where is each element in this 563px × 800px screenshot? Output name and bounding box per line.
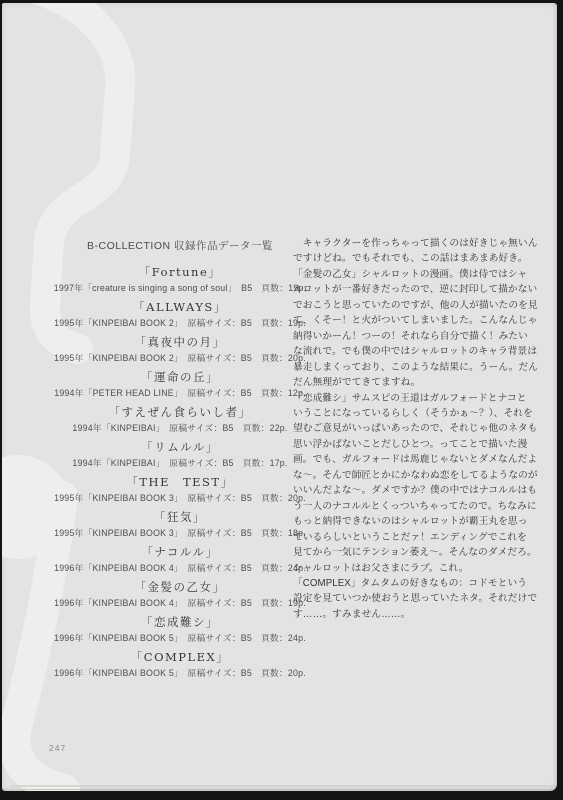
- works-list: 「Fortune」 1997年「creature is singing a so…: [52, 265, 308, 685]
- work-title: 「運命の丘」: [52, 370, 308, 384]
- work-entry: 「狂気」 1995年「KINPEIBAI BOOK 3」 原稿サイズ：B5 頁数…: [52, 510, 308, 545]
- essay-line: ルロットが一番好きだったので、逆に封印して描かない: [293, 282, 533, 297]
- essay-line: う一人のナコルルとくっついちゃってたので。ちなみに: [293, 499, 533, 514]
- essay-line: 画。でも、ガルフォードは馬鹿じゃないとダメなんだよ: [293, 452, 533, 467]
- work-publication-data: 1995年「KINPEIBAI BOOK 2」 原稿サイズ：B5 頁数：19p.: [52, 318, 308, 328]
- essay-line: 「金髪の乙女」シャルロットの漫画。僕は侍ではシャ: [293, 267, 533, 282]
- works-list-column: B-COLLECTION 収録作品データ一覧 「Fortune」 1997年「c…: [52, 240, 308, 685]
- essay-line: ですけどね。でもそれでも、この話はまあまあ好き。: [293, 251, 533, 266]
- essay-line: て、くそー！と火がついてしまいました。こんなんじゃ: [293, 313, 533, 328]
- book-page: B-COLLECTION 収録作品データ一覧 「Fortune」 1997年「c…: [2, 3, 557, 791]
- essay-line: でおこうと思っていたのですが、他の人が描いたのを見: [293, 298, 533, 313]
- work-title: 「金髪の乙女」: [52, 580, 308, 594]
- work-entry: 「Fortune」 1997年「creature is singing a so…: [52, 265, 308, 300]
- work-title: 「すえぜん食らいし者」: [52, 405, 308, 419]
- work-entry: 「THE TEST」 1995年「KINPEIBAI BOOK 3」 原稿サイズ…: [52, 475, 308, 510]
- essay-line: な～。そんで師匠とかにかなわぬ恋をしてるようなのが: [293, 468, 533, 483]
- work-publication-data: 1994年「PETER HEAD LINE」 原稿サイズ：B5 頁数：12p.: [52, 388, 308, 398]
- work-entry: 「すえぜん食らいし者」 1994年「KINPEIBAI」 原稿サイズ：B5 頁数…: [52, 405, 308, 440]
- essay-line: だん無理がでてきてますね。: [293, 375, 533, 390]
- page-number: 247: [49, 743, 66, 753]
- essay-line: 望むご意見がいっぱいあったので、それじゃ他のネタも: [293, 421, 533, 436]
- work-publication-data: 1994年「KINPEIBAI」 原稿サイズ：B5 頁数：22p.: [52, 423, 308, 433]
- work-title: 「Fortune」: [52, 265, 308, 279]
- work-entry: 「恋成難シ」 1996年「KINPEIBAI BOOK 5」 原稿サイズ：B5 …: [52, 615, 308, 650]
- work-publication-data: 1996年「KINPEIBAI BOOK 4」 原稿サイズ：B5 頁数：19p.: [52, 598, 308, 608]
- essay-column: キャラクターを作っちゃって描くのは好きじゃ無いん ですけどね。でもそれでも、この…: [293, 236, 533, 622]
- work-publication-data: 1997年「creature is singing a song of soul…: [52, 283, 308, 293]
- work-publication-data: 1995年「KINPEIBAI BOOK 3」 原稿サイズ：B5 頁数：18p.: [52, 528, 308, 538]
- work-publication-data: 1996年「KINPEIBAI BOOK 5」 原稿サイズ：B5 頁数：24p.: [52, 633, 308, 643]
- essay-line: す……。すみません……。: [293, 607, 533, 622]
- work-title: 「恋成難シ」: [52, 615, 308, 629]
- work-publication-data: 1994年「KINPEIBAI」 原稿サイズ：B5 頁数：17p.: [52, 458, 308, 468]
- work-publication-data: 1995年「KINPEIBAI BOOK 2」 原稿サイズ：B5 頁数：20p.: [52, 353, 308, 363]
- essay-line: キャラクターを作っちゃって描くのは好きじゃ無いん: [293, 236, 533, 251]
- work-entry: 「金髪の乙女」 1996年「KINPEIBAI BOOK 4」 原稿サイズ：B5…: [52, 580, 308, 615]
- essay-line: 思い浮かばないことだしひとつ。ってことで描いた漫: [293, 437, 533, 452]
- essay-line: いいんだよな～。ダメですか？僕の中ではナコルルはも: [293, 483, 533, 498]
- work-title: 「リムルル」: [52, 440, 308, 454]
- work-entry: 「運命の丘」 1994年「PETER HEAD LINE」 原稿サイズ：B5 頁…: [52, 370, 308, 405]
- work-title: 「ALLWAYS」: [52, 300, 308, 314]
- work-entry: 「ALLWAYS」 1995年「KINPEIBAI BOOK 2」 原稿サイズ：…: [52, 300, 308, 335]
- scanned-book-spread: { "page": { "number": "247", "header": "…: [0, 0, 563, 800]
- page-edge-seam: [10, 785, 555, 787]
- essay-line: 納得いかーん！つーの！それなら自分で描く！みたい: [293, 329, 533, 344]
- essay-line: な流れで。でも僕の中ではシャルロットのキャラ背景は: [293, 344, 533, 359]
- essay-line: もっと納得できないのはシャルロットが覇王丸を思っ: [293, 514, 533, 529]
- work-entry: 「ナコルル」 1996年「KINPEIBAI BOOK 4」 原稿サイズ：B5 …: [52, 545, 308, 580]
- essay-line: 設定を見ていつか使おうと思っていたネタ。それだけで: [293, 591, 533, 606]
- work-title: 「THE TEST」: [52, 475, 308, 489]
- work-title: 「COMPLEX」: [52, 650, 308, 664]
- work-entry: 「リムルル」 1994年「KINPEIBAI」 原稿サイズ：B5 頁数：17p.: [52, 440, 308, 475]
- page-edge-seam: [22, 789, 557, 790]
- work-title: 「真夜中の月」: [52, 335, 308, 349]
- essay-line: 「恋成難シ」サムスピの王道はガルフォードとナコと: [293, 391, 533, 406]
- essay-line: ているらしいということだァ！エンディングでこれを: [293, 530, 533, 545]
- work-title: 「ナコルル」: [52, 545, 308, 559]
- work-title: 「狂気」: [52, 510, 308, 524]
- essay-line: 暴走しまくっており、このような結果に。うーん。だん: [293, 360, 533, 375]
- work-publication-data: 1996年「KINPEIBAI BOOK 4」 原稿サイズ：B5 頁数：24p.: [52, 563, 308, 573]
- works-list-header: B-COLLECTION 収録作品データ一覧: [52, 240, 308, 253]
- essay-line: シャルロットはお父さまにラブ。これ。: [293, 561, 533, 576]
- work-publication-data: 1995年「KINPEIBAI BOOK 3」 原稿サイズ：B5 頁数：20p.: [52, 493, 308, 503]
- essay-line: 見てから一気にテンション萎え～。そんなのダメだろ。: [293, 545, 533, 560]
- work-publication-data: 1996年「KINPEIBAI BOOK 5」 原稿サイズ：B5 頁数：20p.: [52, 668, 308, 678]
- work-entry: 「真夜中の月」 1995年「KINPEIBAI BOOK 2」 原稿サイズ：B5…: [52, 335, 308, 370]
- essay-line: 「COMPLEX」タムタムの好きなもの：コドモという: [293, 576, 533, 591]
- essay-line: いうことになっているらしく（そうかぁ～？）、それを: [293, 406, 533, 421]
- work-entry: 「COMPLEX」 1996年「KINPEIBAI BOOK 5」 原稿サイズ：…: [52, 650, 308, 685]
